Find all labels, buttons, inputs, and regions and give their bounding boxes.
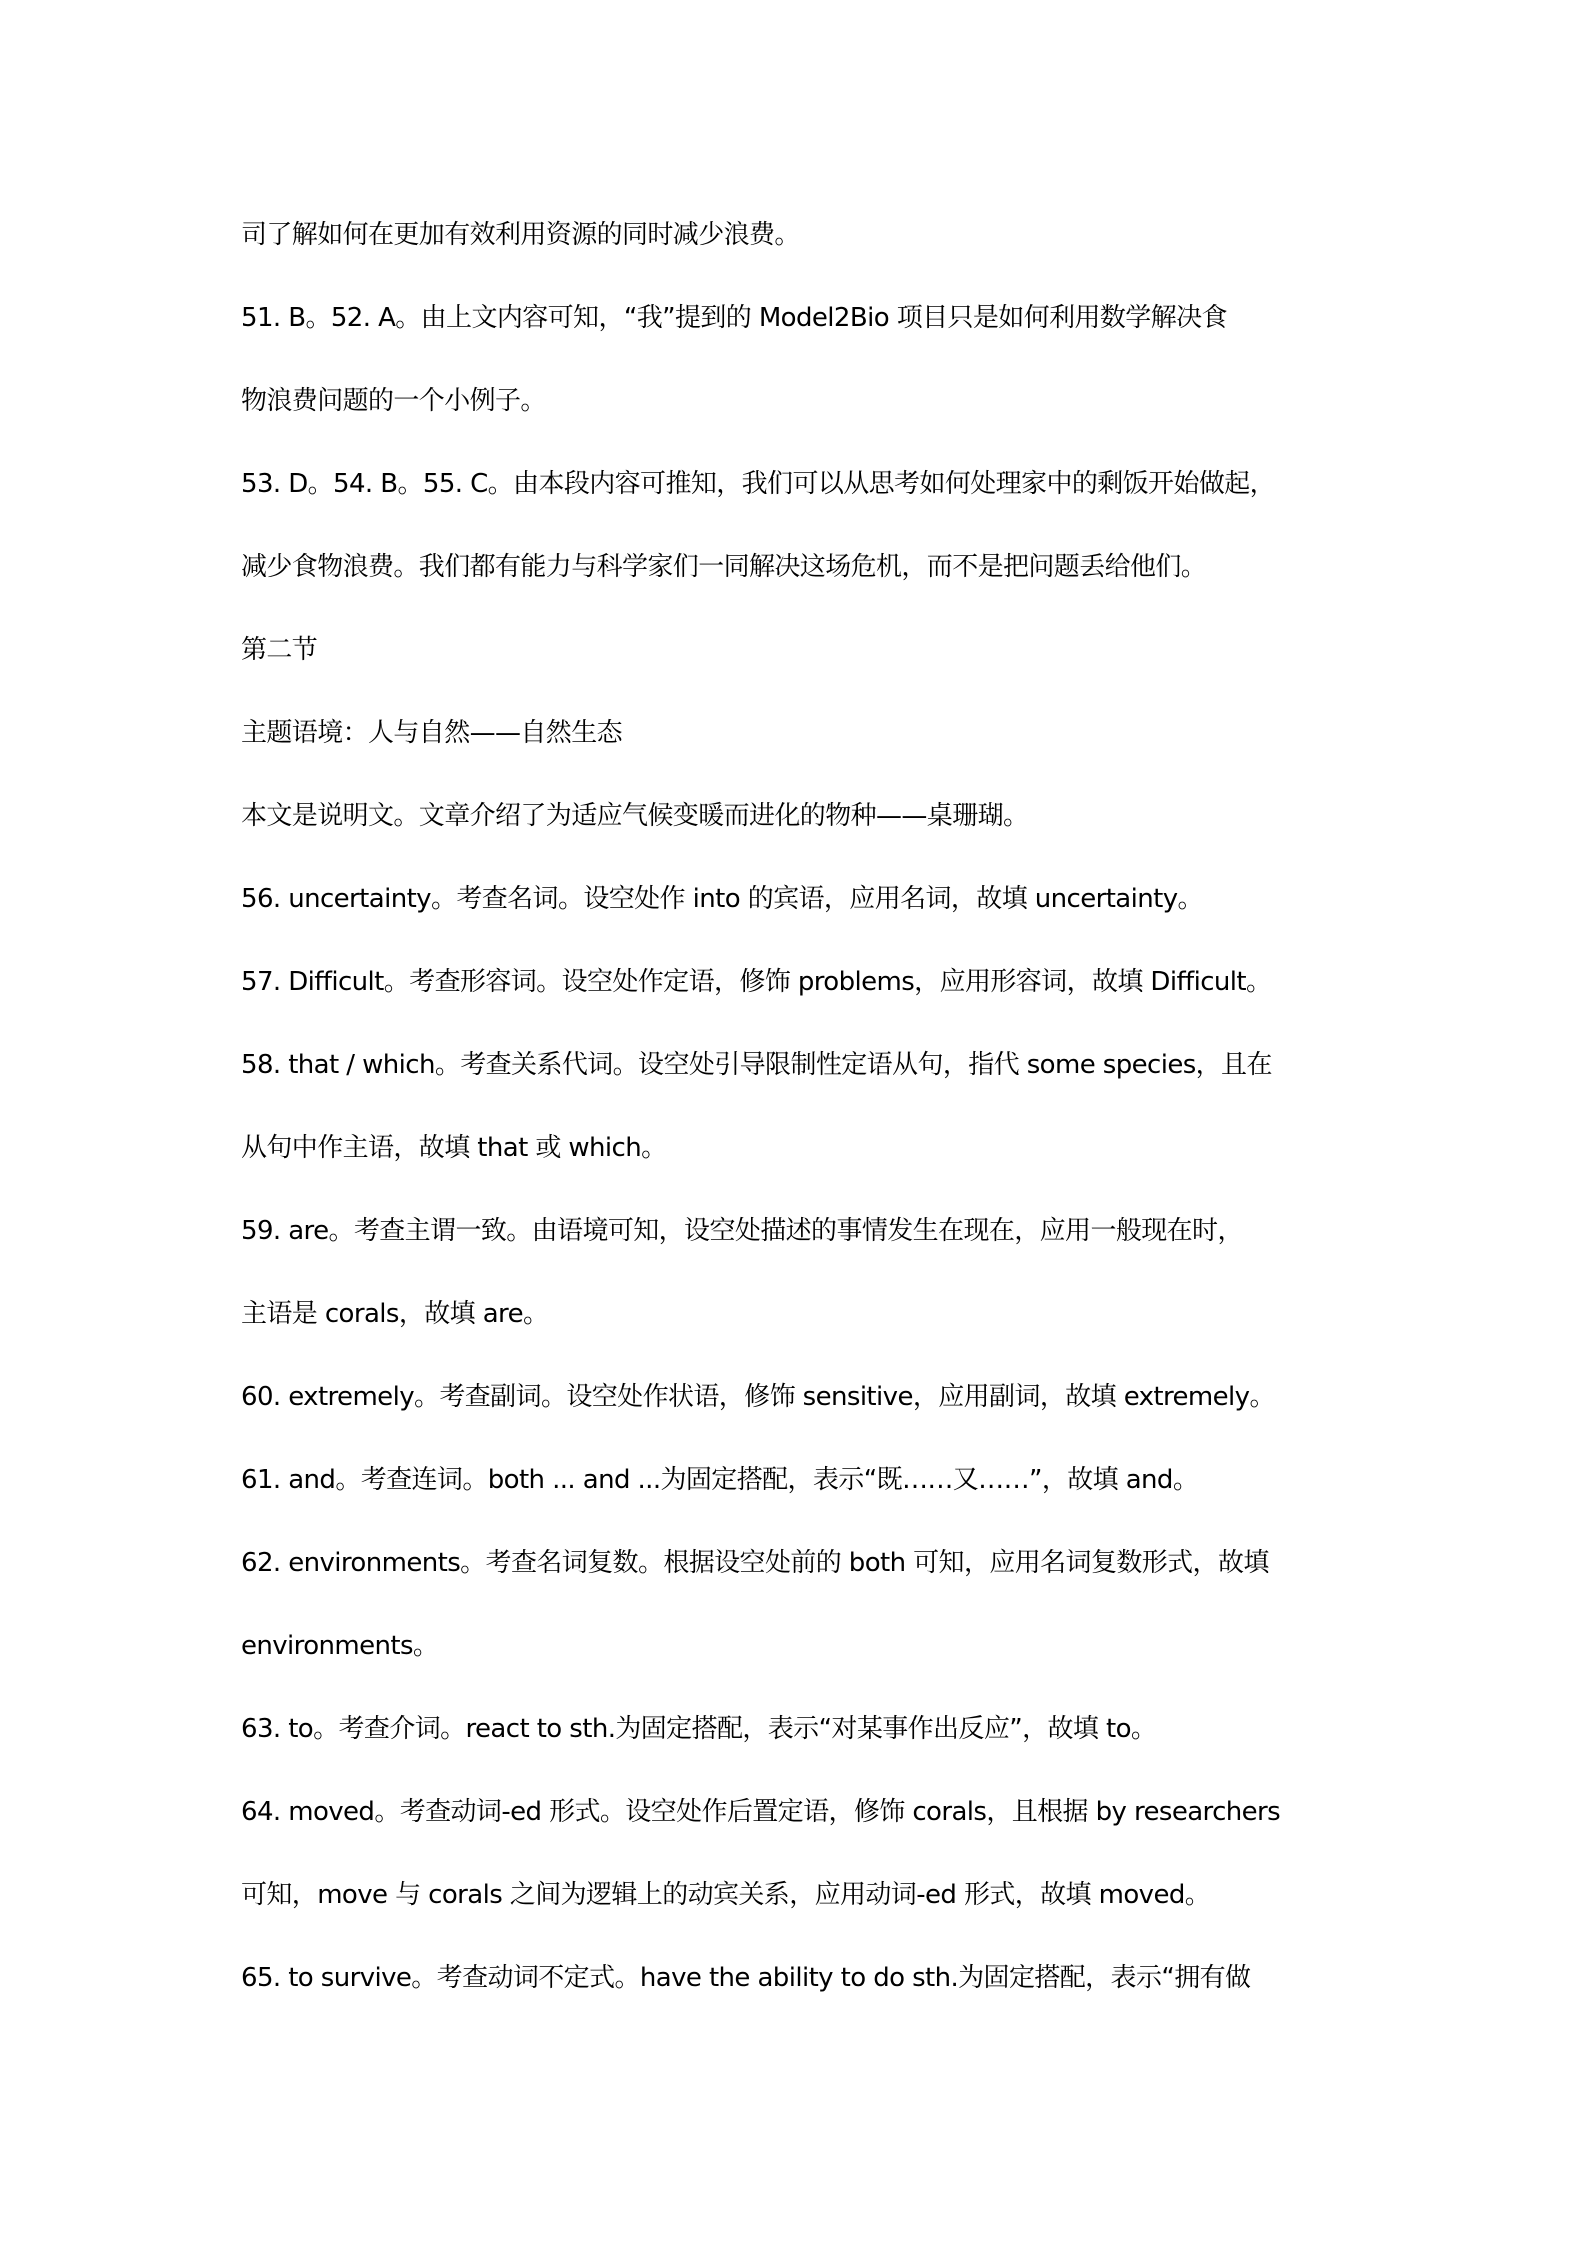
answer-64-cont: 可知，move 与 corals 之间为逻辑上的动宾关系，应用动词-ed 形式，… [241, 1865, 1361, 1948]
answer-57: 57. Difficult。考查形容词。设空处作定语，修饰 problems，应… [241, 952, 1361, 1035]
answer-58-cont: 从句中作主语，故填 that 或 which。 [241, 1118, 1361, 1201]
answer-51-52: 51. B。52. A。由上文内容可知，“我”提到的 Model2Bio 项目只… [241, 288, 1361, 371]
passage-summary: 本文是说明文。文章介绍了为适应气候变暖而进化的物种——桌珊瑚。 [241, 786, 1361, 869]
answer-53-55: 53. D。54. B。55. C。由本段内容可推知，我们可以从思考如何处理家中… [241, 454, 1361, 537]
answer-51-52-cont: 物浪费问题的一个小例子。 [241, 371, 1361, 454]
answer-63: 63. to。考查介词。react to sth.为固定搭配，表示“对某事作出反… [241, 1699, 1361, 1782]
answer-53-55-cont: 减少食物浪费。我们都有能力与科学家们一同解决这场危机，而不是把问题丢给他们。 [241, 537, 1361, 620]
document-page: 司了解如何在更加有效利用资源的同时减少浪费。 51. B。52. A。由上文内容… [241, 205, 1361, 2031]
answer-60: 60. extremely。考查副词。设空处作状语，修饰 sensitive，应… [241, 1367, 1361, 1450]
section-heading: 第二节 [241, 620, 1361, 703]
answer-61: 61. and。考查连词。both ... and ...为固定搭配，表示“既…… [241, 1450, 1361, 1533]
answer-64: 64. moved。考查动词-ed 形式。设空处作后置定语，修饰 corals，… [241, 1782, 1361, 1865]
answer-59-cont: 主语是 corals，故填 are。 [241, 1284, 1361, 1367]
answer-62-cont: environments。 [241, 1616, 1361, 1699]
text-line-continuation: 司了解如何在更加有效利用资源的同时减少浪费。 [241, 205, 1361, 288]
answer-65: 65. to survive。考查动词不定式。have the ability … [241, 1948, 1361, 2031]
answer-56: 56. uncertainty。考查名词。设空处作 into 的宾语，应用名词，… [241, 869, 1361, 952]
answer-59: 59. are。考查主谓一致。由语境可知，设空处描述的事情发生在现在，应用一般现… [241, 1201, 1361, 1284]
answer-58: 58. that / which。考查关系代词。设空处引导限制性定语从句，指代 … [241, 1035, 1361, 1118]
answer-62: 62. environments。考查名词复数。根据设空处前的 both 可知，… [241, 1533, 1361, 1616]
theme-context: 主题语境：人与自然——自然生态 [241, 703, 1361, 786]
